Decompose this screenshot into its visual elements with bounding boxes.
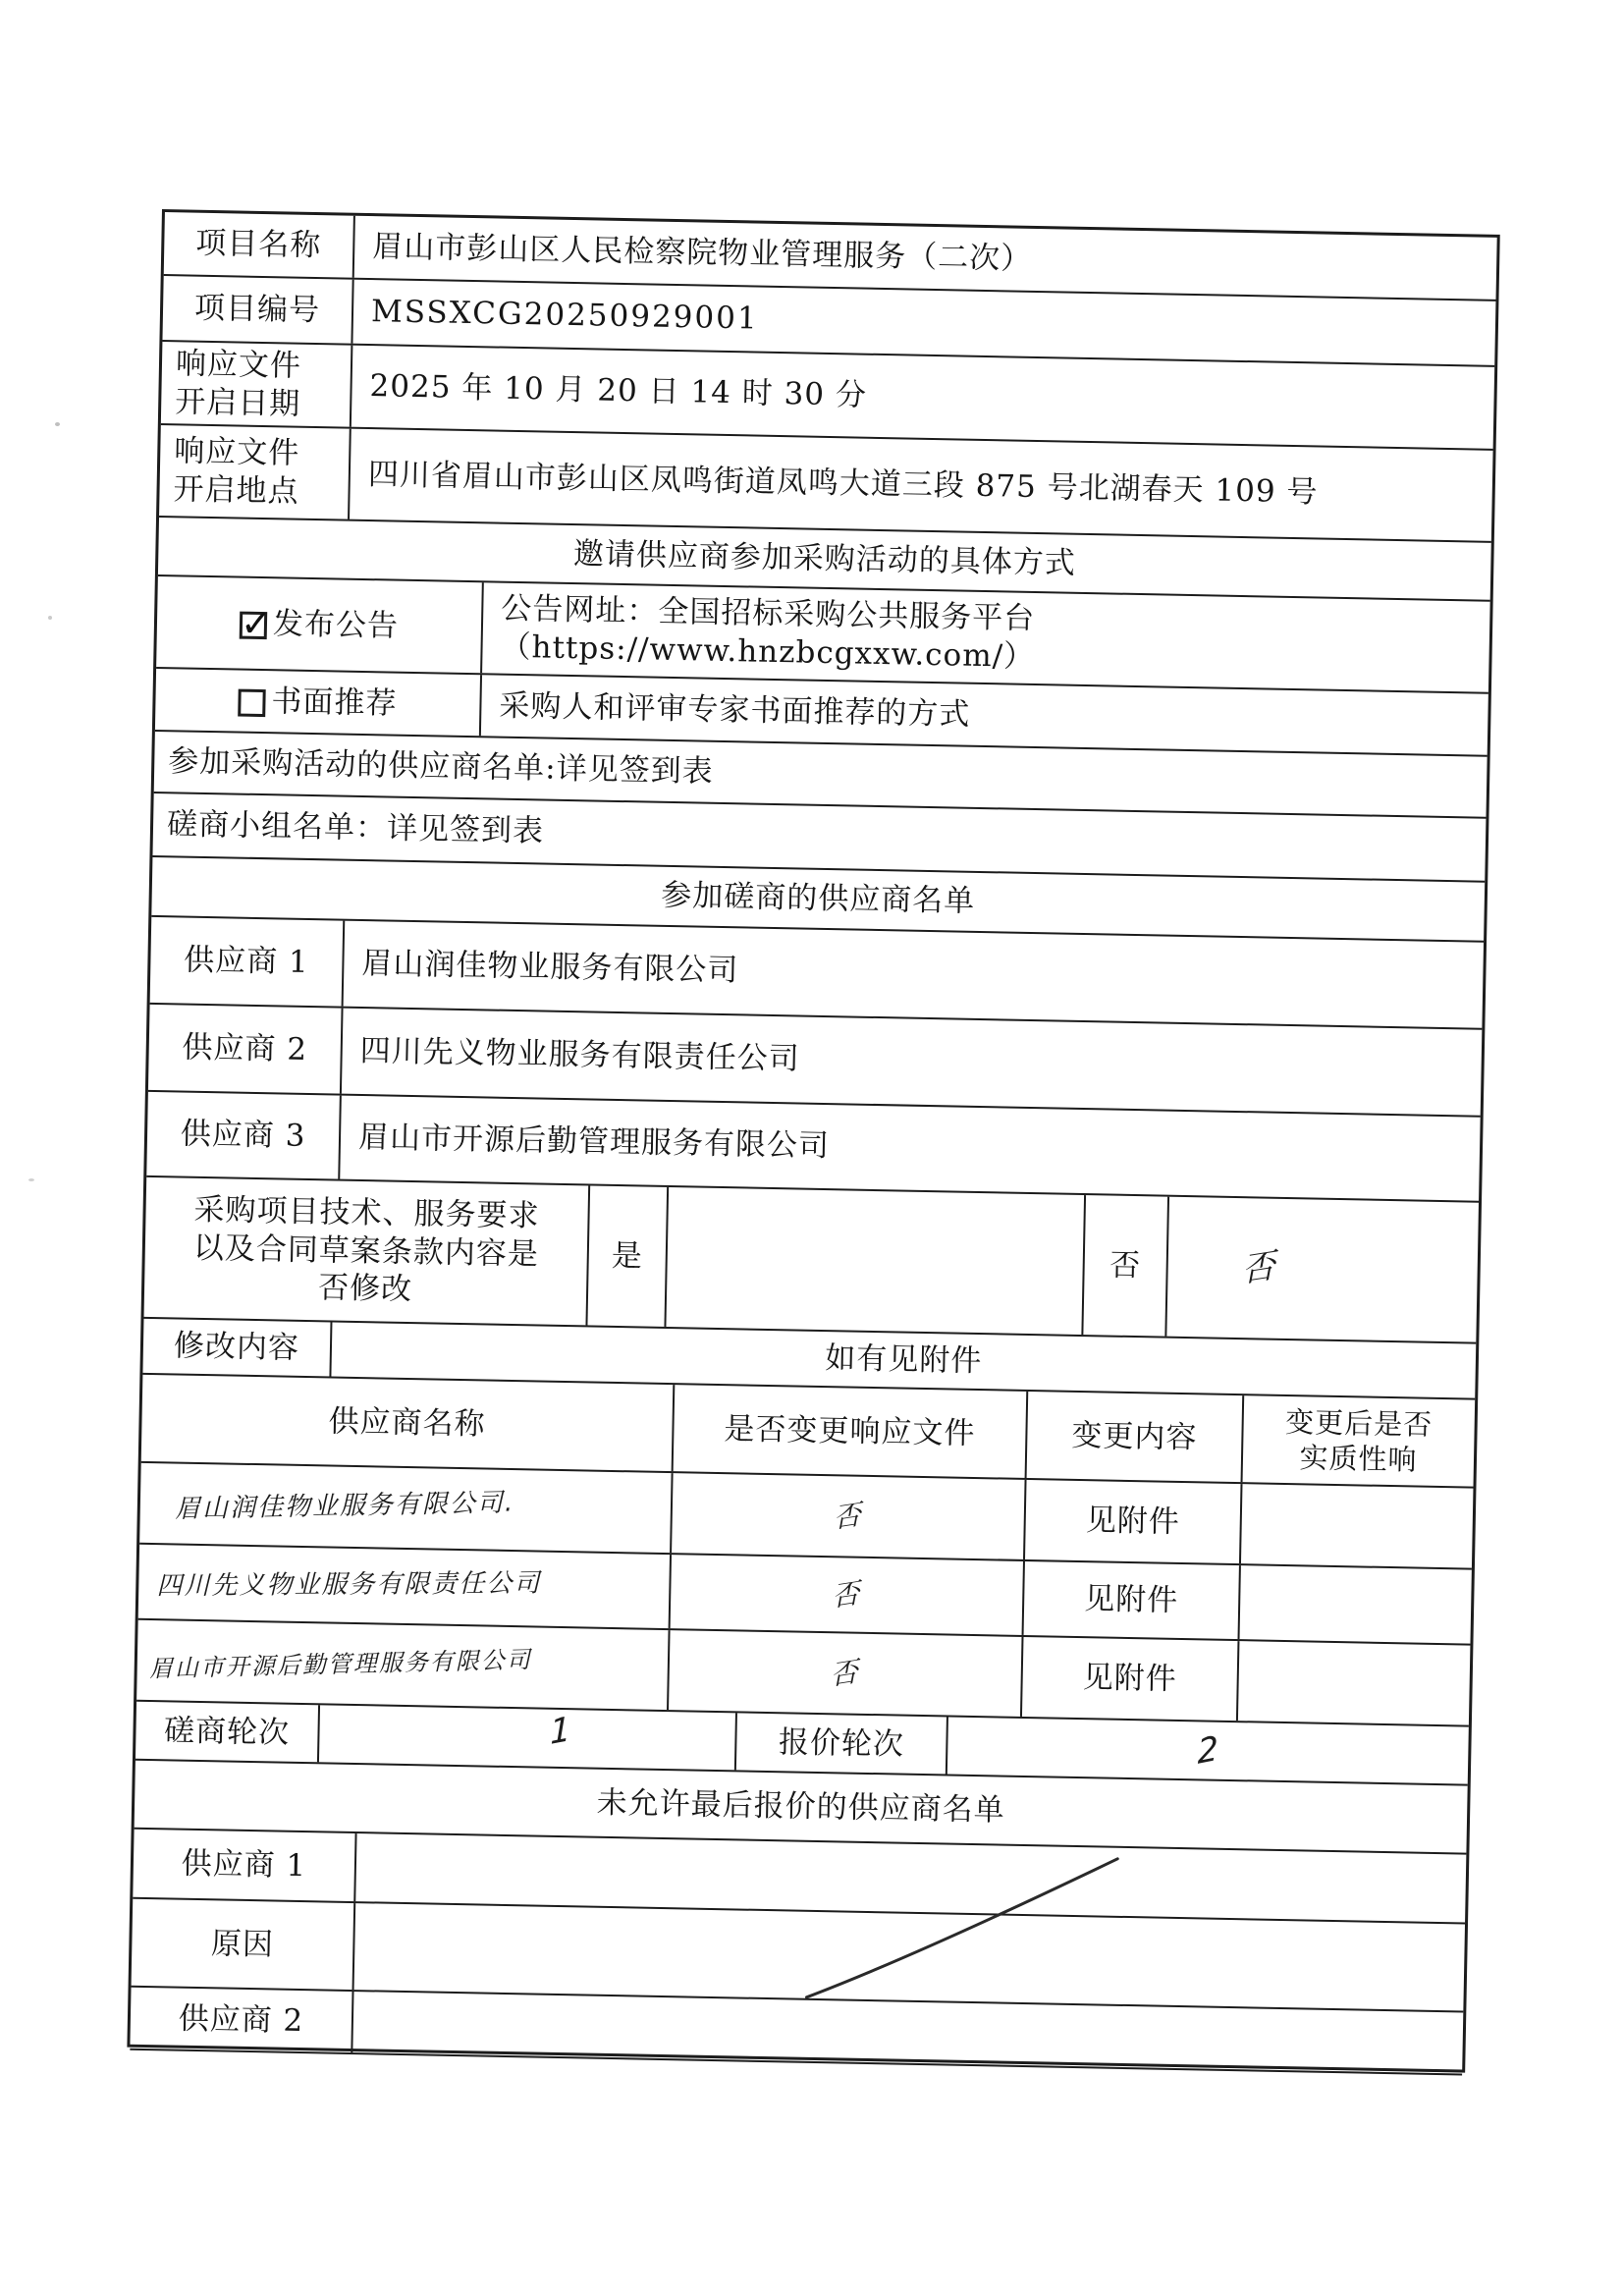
procurement-record-table: 项目名称 眉山市彭山区人民检察院物业管理服务（二次） 项目编号 MSSXCG20… — [127, 209, 1499, 2073]
change-row-1-changed: 否 — [670, 1473, 1024, 1559]
scan-speck — [28, 1178, 34, 1181]
change-row-1-substantive — [1239, 1484, 1473, 1567]
modify-question-yes-answer-cell — [664, 1187, 1084, 1335]
announce-label: 发布公告 — [273, 605, 400, 645]
negotiation-round-value: 1 — [317, 1705, 735, 1770]
change-row-3-substantive — [1236, 1641, 1470, 1724]
modify-content-label: 修改内容 — [142, 1319, 330, 1377]
change-row-2-changed: 否 — [669, 1555, 1023, 1635]
change-row-3-changed: 否 — [667, 1630, 1021, 1717]
modify-question-no-answer-cell: 否 — [1164, 1197, 1479, 1342]
row-modify-question: 采购项目技术、服务要求以及合同草案条款内容是否修改 是 否 否 — [144, 1177, 1479, 1344]
announce-option: ✓ 发布公告 — [156, 576, 482, 673]
change-header-name: 供应商名称 — [141, 1375, 674, 1471]
change-row-2-substantive — [1237, 1565, 1471, 1643]
change-row-1-name: 眉山润佳物业服务有限公司. — [139, 1463, 671, 1553]
change-header-content: 变更内容 — [1025, 1392, 1243, 1482]
not-allowed-reason-label: 原因 — [132, 1899, 354, 1990]
not-allowed-supplier-2-label: 供应商 2 — [130, 1988, 352, 2052]
not-allowed-supplier-1-label: 供应商 1 — [133, 1830, 354, 1901]
change-row-2-name: 四川先义物业服务有限责任公司 — [138, 1545, 670, 1628]
change-row-1-content: 见附件 — [1023, 1480, 1241, 1563]
supplier-2-label: 供应商 2 — [148, 1005, 342, 1094]
scan-speck — [55, 422, 60, 426]
announce-detail: 公告网址：全国招标采购公共服务平台 （https://www.hnzbcgxxw… — [480, 582, 1490, 692]
checkbox-unchecked-icon — [238, 689, 266, 718]
scanned-procurement-record-page: { "doc": { "project_name": {"label":"项目名… — [0, 0, 1623, 2296]
open-date-label: 响应文件开启日期 — [161, 342, 352, 427]
checkbox-checked-icon: ✓ — [240, 612, 268, 640]
change-header-changed: 是否变更响应文件 — [672, 1385, 1027, 1478]
supplier-3-label: 供应商 3 — [146, 1092, 340, 1179]
change-row-3-name: 眉山市开源后勤管理服务有限公司 — [136, 1620, 668, 1710]
change-row-3-content: 见附件 — [1020, 1637, 1238, 1721]
supplier-1-label: 供应商 1 — [150, 917, 344, 1007]
negotiation-round-label: 磋商轮次 — [135, 1702, 318, 1763]
project-name-label: 项目名称 — [164, 212, 353, 278]
handwritten-no-answer: 否 — [1241, 1244, 1277, 1291]
scan-speck — [48, 616, 52, 620]
written-recommend-option: 书面推荐 — [155, 669, 480, 736]
project-number-label: 项目编号 — [162, 276, 352, 344]
modify-question-yes: 是 — [585, 1185, 667, 1326]
change-row-2-content: 见附件 — [1022, 1561, 1239, 1639]
written-recommend-label: 书面推荐 — [271, 683, 398, 723]
quote-round-label: 报价轮次 — [734, 1713, 947, 1774]
modify-question-no: 否 — [1081, 1195, 1167, 1337]
quote-round-value: 2 — [946, 1717, 1469, 1783]
open-place-label: 响应文件开启地点 — [159, 425, 350, 519]
change-header-substantive: 变更后是否实质性响 — [1241, 1395, 1476, 1486]
modify-question-label: 采购项目技术、服务要求以及合同草案条款内容是否修改 — [144, 1177, 589, 1326]
